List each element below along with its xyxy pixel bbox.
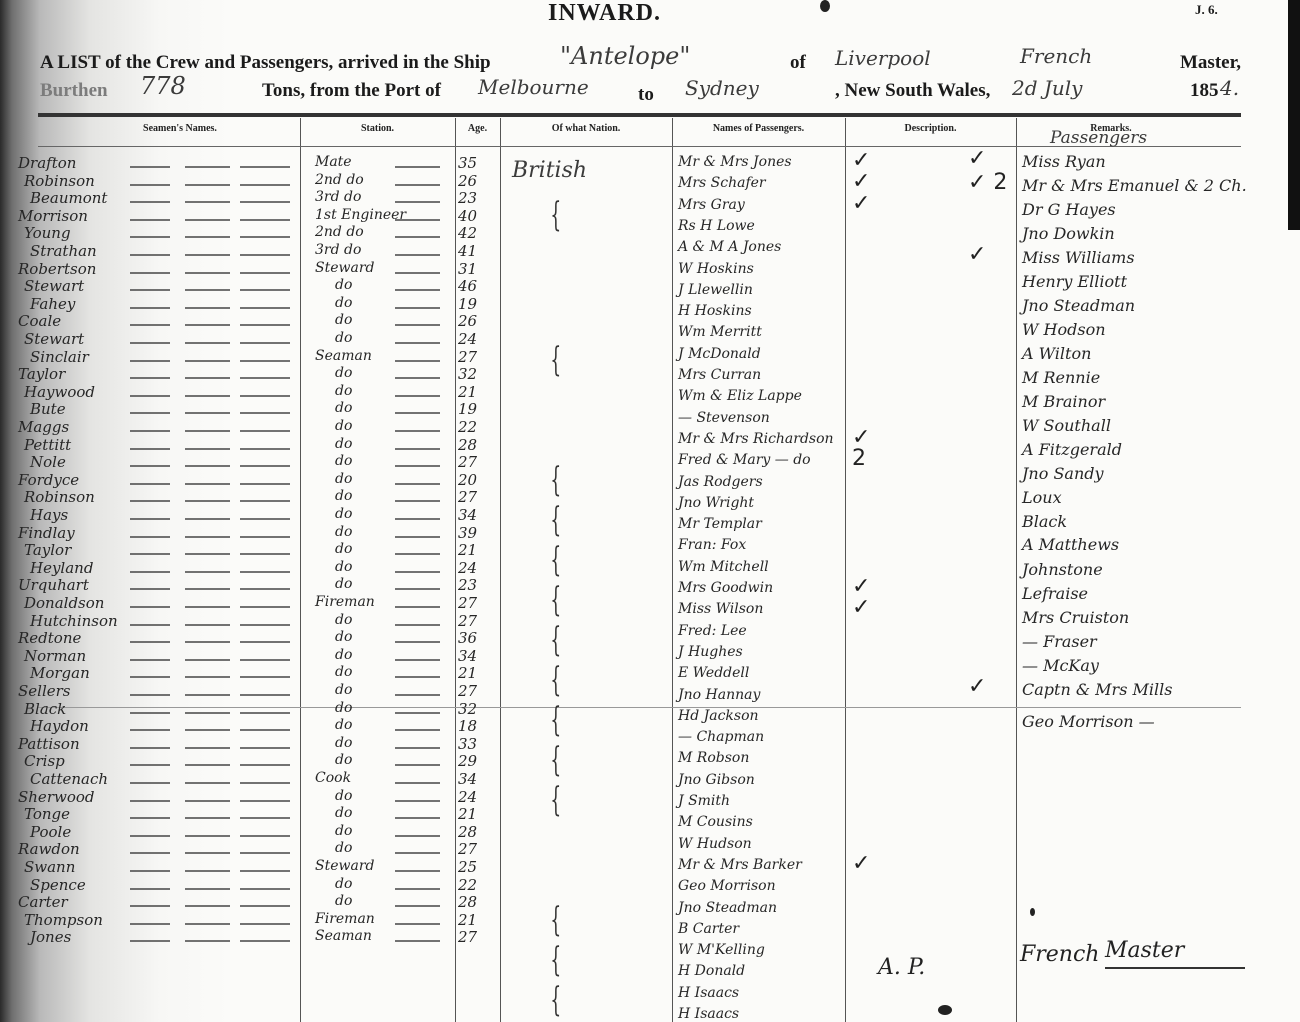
fill-dash: [240, 676, 290, 678]
passenger-name: M Brainor: [1022, 392, 1105, 416]
fill-dash: [185, 377, 230, 379]
ship-name: "Antelope": [560, 42, 690, 70]
fill-dash: [395, 500, 440, 502]
passenger-name: Mrs Schafer: [678, 175, 766, 199]
fill-dash: [185, 940, 230, 942]
fill-dash: [240, 624, 290, 626]
checkmark-icon: ✓: [968, 146, 986, 171]
fill-dash: [240, 430, 290, 432]
fill-dash: [130, 905, 170, 907]
fill-dash: [240, 571, 290, 573]
signature-title: Master: [1105, 938, 1184, 963]
fill-dash: [240, 412, 290, 414]
remarks-overwrite: Passengers: [1050, 128, 1147, 148]
passenger-name: Henry Elliott: [1022, 272, 1127, 296]
fill-dash: [130, 201, 170, 203]
fill-dash: [240, 289, 290, 291]
fill-dash: [130, 712, 170, 714]
fill-dash: [395, 835, 440, 837]
fill-dash: [130, 888, 170, 890]
fill-dash: [130, 800, 170, 802]
fill-dash: [240, 747, 290, 749]
fill-dash: [395, 553, 440, 555]
fill-dash: [185, 289, 230, 291]
fill-dash: [240, 782, 290, 784]
arrival-date: 2d July: [1012, 76, 1082, 100]
fill-dash: [395, 659, 440, 661]
passenger-name: Jno Steadman: [1022, 296, 1135, 320]
fill-dash: [240, 360, 290, 362]
fill-dash: [130, 641, 170, 643]
fill-dash: [185, 536, 230, 538]
ditto-brace-icon: {: [550, 580, 561, 620]
page-title: INWARD.: [548, 0, 661, 27]
fill-dash: [185, 852, 230, 854]
fill-dash: [395, 307, 440, 309]
fill-dash: [185, 712, 230, 714]
fill-dash: [185, 747, 230, 749]
fill-dash: [130, 852, 170, 854]
fill-dash: [185, 360, 230, 362]
to-port: Sydney: [685, 76, 759, 100]
ink-stain: [820, 0, 830, 12]
passenger-name: — Fraser: [1022, 632, 1097, 656]
fill-dash: [395, 342, 440, 344]
fill-dash: [130, 764, 170, 766]
fill-dash: [130, 236, 170, 238]
fill-dash: [395, 395, 440, 397]
ditto-brace-icon: {: [550, 500, 561, 540]
fill-dash: [395, 465, 440, 467]
ditto-brace-icon: {: [550, 195, 561, 235]
fill-dash: [130, 624, 170, 626]
fill-dash: [395, 289, 440, 291]
ditto-brace-icon: {: [550, 700, 561, 740]
fill-dash: [240, 166, 290, 168]
fill-dash: [395, 624, 440, 626]
passenger-name: Loux: [1022, 488, 1062, 512]
col-header-passengers: Names of Passengers.: [672, 123, 845, 134]
fill-dash: [240, 395, 290, 397]
ditto-brace-icon: {: [550, 620, 561, 660]
header-rule: [38, 113, 1241, 117]
fill-dash: [395, 324, 440, 326]
fill-dash: [395, 360, 440, 362]
fill-dash: [130, 782, 170, 784]
fill-dash: [240, 553, 290, 555]
fill-dash: [240, 606, 290, 608]
fill-dash: [185, 236, 230, 238]
fill-dash: [130, 307, 170, 309]
fill-dash: [395, 940, 440, 942]
fill-dash: [185, 835, 230, 837]
fill-dash: [240, 518, 290, 520]
fill-dash: [395, 236, 440, 238]
passenger-name: Black: [1022, 512, 1067, 536]
page-edge-shadow: [1288, 0, 1300, 230]
seaman-station: Seaman: [315, 928, 372, 952]
fill-dash: [130, 536, 170, 538]
fill-dash: [395, 641, 440, 643]
fill-dash: [185, 659, 230, 661]
signature-underline: [1105, 967, 1245, 969]
manifest-page: J. 6. INWARD. A LIST of the Crew and Pas…: [0, 0, 1300, 1022]
header-master: Master,: [1180, 52, 1241, 74]
fill-dash: [240, 888, 290, 890]
col-divider: [455, 118, 456, 1022]
fill-dash: [130, 448, 170, 450]
col-divider: [845, 118, 846, 1022]
fill-dash: [240, 307, 290, 309]
fill-dash: [185, 166, 230, 168]
fill-dash: [185, 676, 230, 678]
passenger-name: M Cousins: [678, 814, 753, 838]
fill-dash: [130, 676, 170, 678]
fill-dash: [130, 606, 170, 608]
ditto-brace-icon: {: [550, 740, 561, 780]
fill-dash: [185, 624, 230, 626]
fill-dash: [395, 870, 440, 872]
fill-dash: [240, 448, 290, 450]
fill-dash: [185, 800, 230, 802]
ink-stain: [1030, 908, 1035, 916]
ship-home-port: Liverpool: [835, 46, 931, 70]
fill-dash: [395, 747, 440, 749]
checkmark-icon: ✓: [968, 242, 986, 267]
passenger-name: Jno Dowkin: [1022, 224, 1115, 248]
passenger-name: E Weddell: [678, 665, 749, 689]
col-divider: [672, 118, 673, 1022]
fill-dash: [395, 852, 440, 854]
fill-dash: [395, 676, 440, 678]
ditto-brace-icon: {: [550, 940, 561, 980]
ditto-brace-icon: {: [550, 980, 561, 1020]
fill-dash: [130, 747, 170, 749]
fill-dash: [240, 817, 290, 819]
fill-dash: [395, 166, 440, 168]
fill-dash: [185, 254, 230, 256]
passenger-name: Johnstone: [1022, 560, 1103, 584]
passenger-name: Fred & Mary — do: [678, 452, 811, 476]
fill-dash: [130, 870, 170, 872]
passenger-name: Geo Morrison —: [1022, 712, 1155, 736]
fill-dash: [395, 272, 440, 274]
seaman-name: Jones: [30, 928, 71, 952]
fill-dash: [185, 588, 230, 590]
passenger-name: Dr G Hayes: [1022, 200, 1116, 224]
passenger-name: H Donald: [678, 963, 745, 987]
passenger-name: W Hodson: [1022, 320, 1106, 344]
fill-dash: [185, 430, 230, 432]
fill-dash: [130, 694, 170, 696]
fill-dash: [185, 483, 230, 485]
fill-dash: [395, 905, 440, 907]
passenger-name: Jno Sandy: [1022, 464, 1104, 488]
fill-dash: [395, 817, 440, 819]
fill-dash: [185, 412, 230, 414]
header-nsw: , New South Wales,: [835, 80, 990, 102]
fill-dash: [130, 518, 170, 520]
fill-dash: [395, 518, 440, 520]
fill-dash: [130, 184, 170, 186]
fill-dash: [185, 342, 230, 344]
fill-dash: [240, 729, 290, 731]
passenger-name: Captn & Mrs Mills: [1022, 680, 1172, 704]
checkmark-icon: ✓: [852, 595, 870, 620]
col-header-nation: Of what Nation.: [500, 123, 672, 134]
passenger-name: Wm Merritt: [678, 324, 762, 348]
fill-dash: [185, 782, 230, 784]
fill-dash: [240, 659, 290, 661]
fill-dash: [240, 342, 290, 344]
passenger-name: M Robson: [678, 750, 749, 774]
ditto-brace-icon: {: [550, 540, 561, 580]
checkmark-icon: ✓ 2: [968, 170, 1007, 195]
col-header-age: Age.: [455, 123, 500, 134]
passenger-name: A Fitzgerald: [1022, 440, 1122, 464]
fill-dash: [240, 835, 290, 837]
ditto-brace-icon: {: [550, 780, 561, 820]
passenger-name: Mrs Cruiston: [1022, 608, 1129, 632]
fill-dash: [185, 324, 230, 326]
checkmark-icon: ✓: [852, 191, 870, 216]
fill-dash: [240, 219, 290, 221]
fill-dash: [185, 694, 230, 696]
header-burthen: Burthen: [40, 80, 108, 102]
passenger-name: Mr & Mrs Emanuel & 2 Ch.: [1022, 176, 1247, 200]
ditto-brace-icon: {: [550, 340, 561, 380]
passenger-name: — McKay: [1022, 656, 1099, 680]
fill-dash: [185, 729, 230, 731]
fill-dash: [185, 448, 230, 450]
fill-dash: [395, 694, 440, 696]
fill-dash: [395, 201, 440, 203]
fill-dash: [130, 588, 170, 590]
fill-dash: [130, 483, 170, 485]
fill-dash: [185, 184, 230, 186]
fill-dash: [130, 342, 170, 344]
fill-dash: [240, 923, 290, 925]
col-divider: [300, 118, 301, 1022]
fill-dash: [185, 571, 230, 573]
fill-dash: [130, 817, 170, 819]
fill-dash: [130, 324, 170, 326]
fill-dash: [240, 236, 290, 238]
fill-dash: [240, 500, 290, 502]
fill-dash: [240, 254, 290, 256]
ditto-brace-icon: {: [550, 660, 561, 700]
fill-dash: [395, 254, 440, 256]
fill-dash: [240, 800, 290, 802]
fill-dash: [395, 430, 440, 432]
fill-dash: [395, 448, 440, 450]
fill-dash: [395, 923, 440, 925]
corner-reference: J. 6.: [1195, 2, 1218, 18]
passenger-name: W Southall: [1022, 416, 1111, 440]
fill-dash: [240, 712, 290, 714]
header-of: of: [790, 52, 806, 74]
fill-dash: [395, 764, 440, 766]
passenger-name: A Wilton: [1022, 344, 1091, 368]
col-header-description: Description.: [845, 123, 1016, 134]
year-prefix: 185: [1190, 80, 1219, 102]
fill-dash: [395, 782, 440, 784]
fill-dash: [395, 483, 440, 485]
fill-dash: [185, 500, 230, 502]
master-name: French: [1020, 44, 1092, 68]
passenger-name: M Rennie: [1022, 368, 1100, 392]
fill-dash: [130, 923, 170, 925]
fill-dash: [240, 483, 290, 485]
passenger-name: Lefraise: [1022, 584, 1088, 608]
fill-dash: [130, 289, 170, 291]
passenger-name: A & M A Jones: [678, 239, 781, 263]
fill-dash: [130, 553, 170, 555]
fill-dash: [185, 641, 230, 643]
fill-dash: [185, 764, 230, 766]
fill-dash: [395, 412, 440, 414]
fill-dash: [240, 184, 290, 186]
fill-dash: [185, 201, 230, 203]
year-digit: 4.: [1220, 76, 1239, 100]
fill-dash: [395, 219, 440, 221]
signature-initials: A. P.: [878, 955, 925, 980]
passenger-name: Geo Morrison: [678, 878, 776, 902]
fill-dash: [185, 219, 230, 221]
fill-dash: [395, 606, 440, 608]
fill-dash: [185, 395, 230, 397]
fill-dash: [395, 888, 440, 890]
ditto-brace-icon: {: [550, 460, 561, 500]
fill-dash: [185, 465, 230, 467]
mid-rule: [38, 707, 1241, 708]
fill-dash: [240, 641, 290, 643]
ditto-brace-icon: {: [550, 900, 561, 940]
fill-dash: [130, 500, 170, 502]
fill-dash: [130, 377, 170, 379]
checkmark-icon: ✓: [968, 674, 986, 699]
fill-dash: [130, 659, 170, 661]
fill-dash: [130, 412, 170, 414]
fill-dash: [240, 324, 290, 326]
from-port: Melbourne: [478, 75, 589, 99]
ink-stain: [938, 1005, 952, 1015]
passenger-name: Wm & Eliz Lappe: [678, 388, 802, 412]
passenger-name: Miss Ryan: [1022, 152, 1106, 176]
fill-dash: [240, 201, 290, 203]
passenger-name: A Matthews: [1022, 535, 1119, 559]
fill-dash: [130, 835, 170, 837]
fill-dash: [185, 817, 230, 819]
fill-dash: [130, 219, 170, 221]
fill-dash: [395, 184, 440, 186]
col-header-seamen: Seamen's Names.: [80, 123, 280, 134]
fill-dash: [240, 272, 290, 274]
fill-dash: [240, 940, 290, 942]
fill-dash: [185, 553, 230, 555]
fill-dash: [185, 905, 230, 907]
fill-dash: [240, 870, 290, 872]
fill-dash: [130, 360, 170, 362]
fill-dash: [185, 923, 230, 925]
fill-dash: [395, 712, 440, 714]
col-header-station: Station.: [300, 123, 455, 134]
fill-dash: [130, 166, 170, 168]
fill-dash: [130, 729, 170, 731]
fill-dash: [240, 536, 290, 538]
fill-dash: [395, 588, 440, 590]
passenger-name: Miss Williams: [1022, 248, 1135, 272]
passenger-name: Fran: Fox: [678, 537, 746, 561]
fill-dash: [240, 852, 290, 854]
signature-surname: French: [1020, 942, 1099, 967]
fill-dash: [185, 606, 230, 608]
fill-dash: [240, 588, 290, 590]
nation-value: British: [512, 158, 587, 183]
fill-dash: [130, 465, 170, 467]
fill-dash: [130, 272, 170, 274]
fill-dash: [130, 254, 170, 256]
fill-dash: [240, 764, 290, 766]
col-divider: [500, 118, 501, 1022]
fill-dash: [185, 518, 230, 520]
fill-dash: [240, 905, 290, 907]
fill-dash: [395, 729, 440, 731]
checkmark-icon: ✓: [852, 851, 870, 876]
header-tons-from: Tons, from the Port of: [262, 80, 441, 102]
seaman-age: 27: [458, 928, 477, 952]
fill-dash: [130, 571, 170, 573]
fill-dash: [185, 307, 230, 309]
fill-dash: [185, 870, 230, 872]
fill-dash: [240, 377, 290, 379]
fill-dash: [185, 272, 230, 274]
fill-dash: [395, 536, 440, 538]
fill-dash: [130, 395, 170, 397]
col-divider: [1016, 118, 1017, 1022]
header-line1-prefix: A LIST of the Crew and Passengers, arriv…: [40, 52, 491, 74]
checkmark-icon: 2: [852, 446, 866, 471]
fill-dash: [395, 377, 440, 379]
passenger-name: Miss Wilson: [678, 601, 763, 625]
fill-dash: [395, 800, 440, 802]
header-to: to: [638, 84, 654, 106]
passenger-name: H Isaacs: [678, 1006, 739, 1022]
fill-dash: [395, 571, 440, 573]
fill-dash: [240, 465, 290, 467]
fill-dash: [185, 888, 230, 890]
fill-dash: [130, 430, 170, 432]
fill-dash: [240, 694, 290, 696]
fill-dash: [130, 940, 170, 942]
tonnage: 778: [140, 72, 186, 100]
